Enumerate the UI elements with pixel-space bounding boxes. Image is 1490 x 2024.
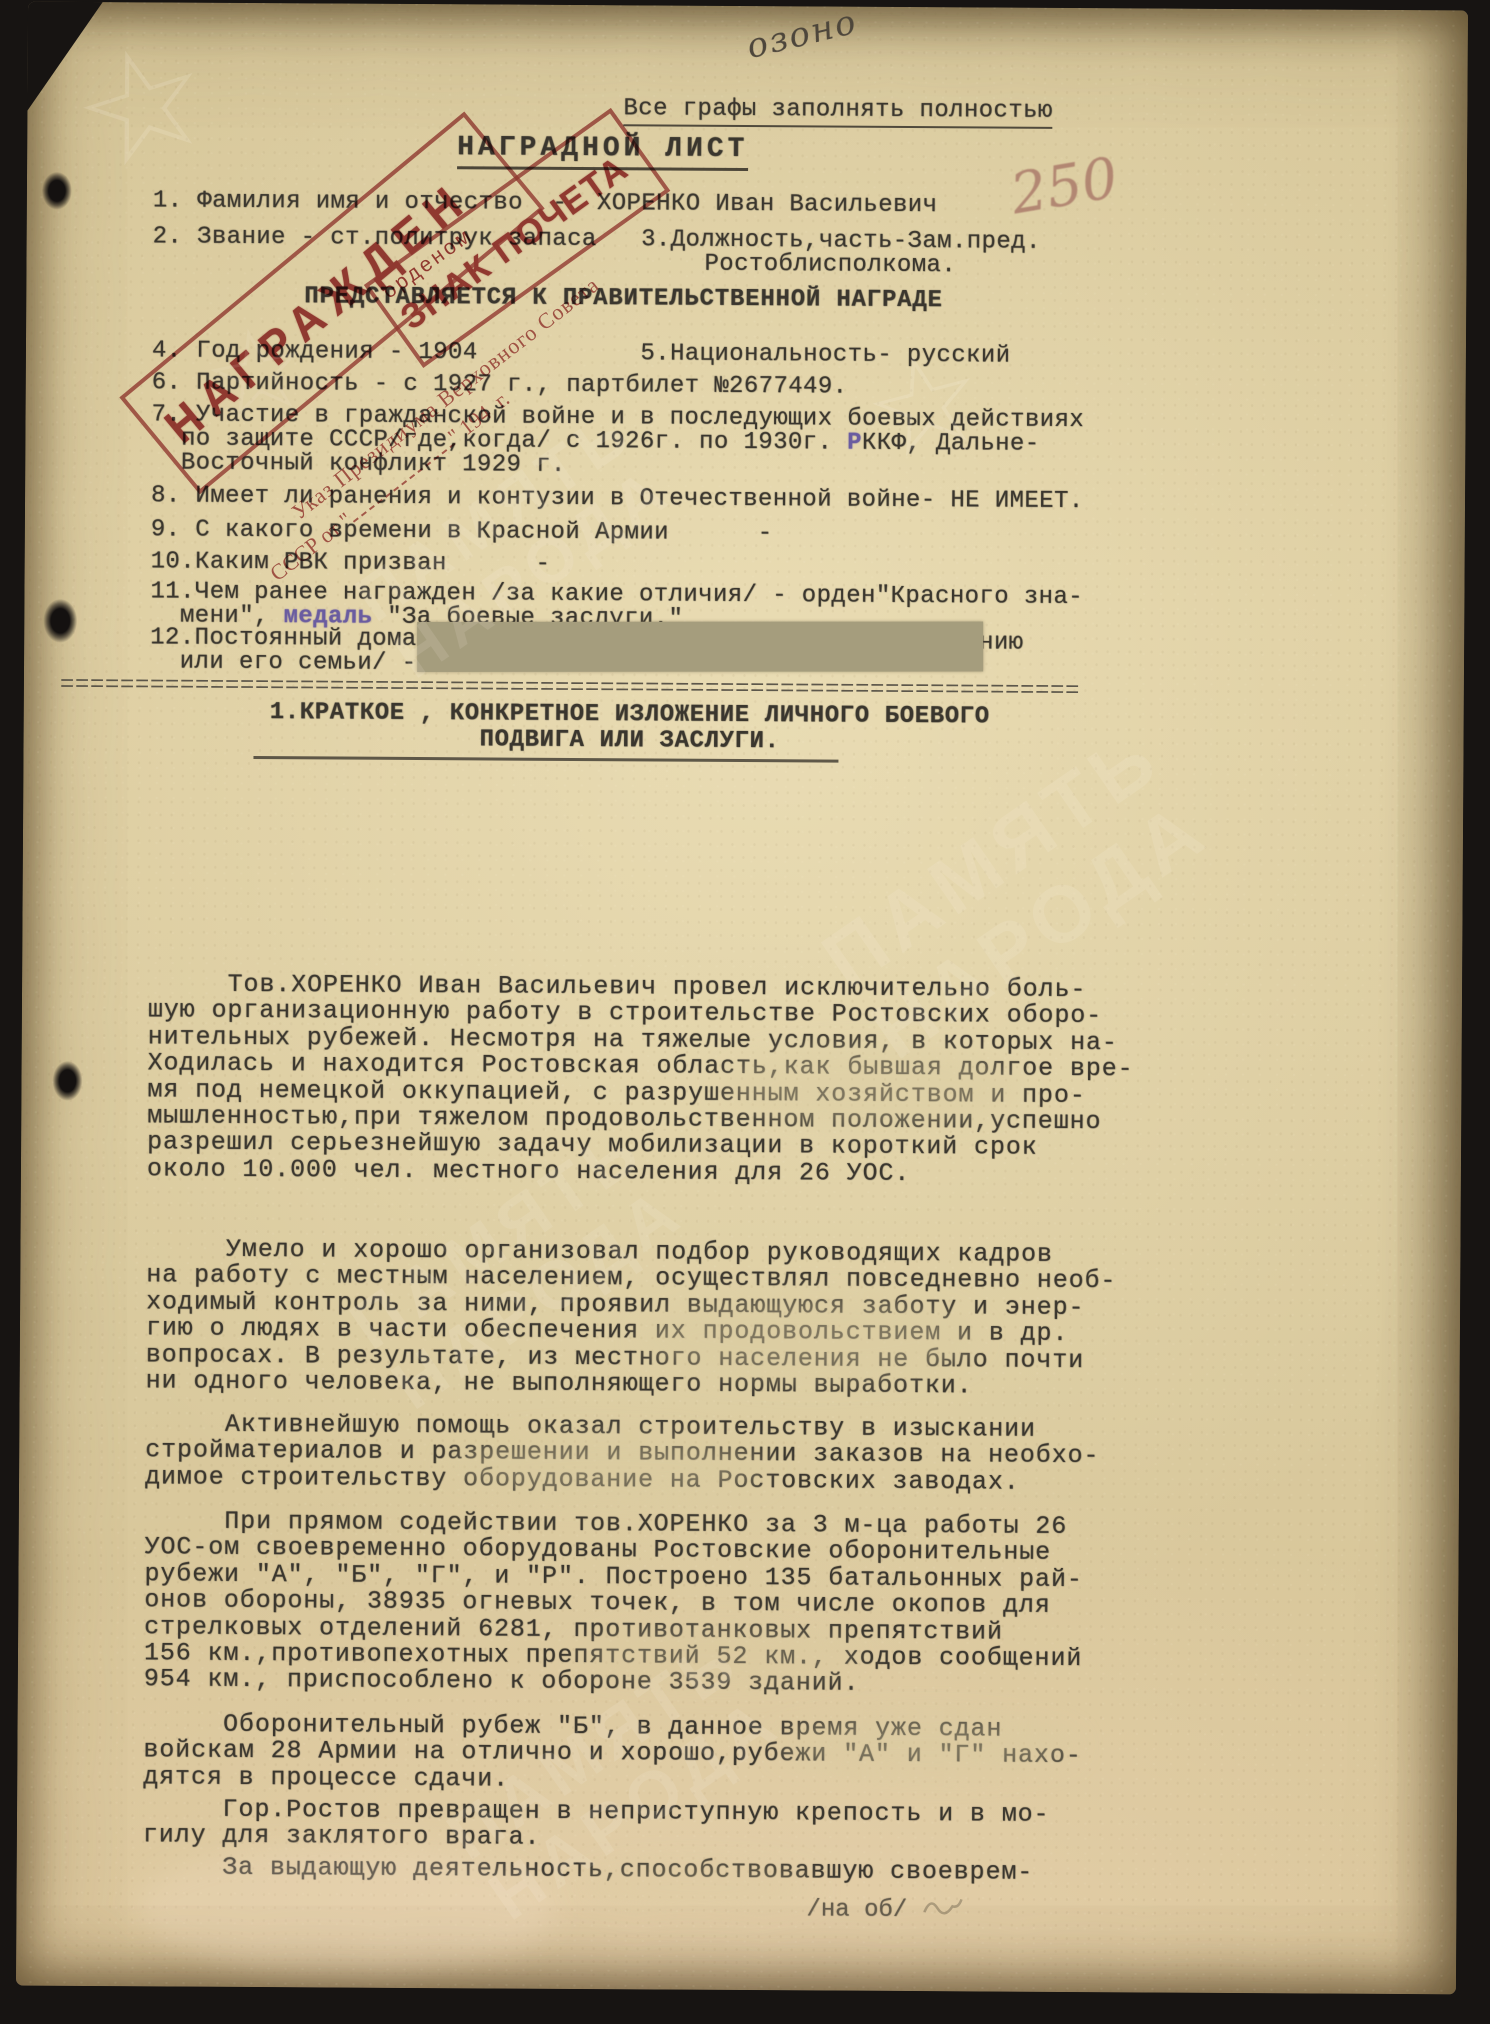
ink-correction-r: Р: [847, 430, 862, 457]
story-heading-underline: [253, 756, 838, 763]
punch-hole: [43, 599, 77, 643]
ink-scribble: [921, 1893, 965, 1921]
form-line-7b-tail: ККФ, Дальне-: [862, 430, 1040, 458]
document-page: озоно 250 Все графы заполнять полностью …: [16, 2, 1468, 1995]
fill-all-fields-note: Все графы заполнять полностью: [623, 95, 1052, 129]
story-line: димое строительству оборудование на Рост…: [145, 1464, 1099, 1496]
story-paragraph-3: Активнейшую помощь оказал строительству …: [145, 1411, 1100, 1496]
story-paragraph-4: При прямом содействии тов.ХОРЕНКО за 3 м…: [144, 1508, 1083, 1698]
story-paragraph-6: Гор.Ростов превращен в неприступную креп…: [143, 1796, 1050, 1854]
story-line: За выдающую деятельность,способствовавшу…: [143, 1854, 1034, 1886]
story-paragraph-1: Тов.ХОРЕНКО Иван Васильевич провел исклю…: [147, 971, 1134, 1188]
story-paragraph-7: За выдающую деятельность,способствовавшу…: [143, 1854, 1034, 1886]
continued-on-reverse-note: /на об/: [806, 1896, 907, 1924]
form-line-10: 10.Каким РВК призван -: [151, 549, 551, 577]
punch-hole: [52, 1061, 82, 1101]
handwritten-note: озоно: [743, 2, 862, 67]
story-line: ни одного человека, не выполняющего норм…: [146, 1368, 1116, 1400]
story-paragraph-5: Оборонительный рубеж "Б", в данное время…: [143, 1711, 1082, 1796]
story-heading-line2: ПОДВИГА ИЛИ ЗАСЛУГИ.: [149, 724, 1109, 757]
story-paragraph-2: Умело и хорошо организовал подбор руково…: [146, 1236, 1117, 1400]
redaction-block: [417, 621, 983, 671]
punch-hole: [42, 172, 72, 210]
handwritten-page-number: 250: [1006, 145, 1122, 227]
scan-background: { "colors": { "stamp_red": "#9c3136", "i…: [0, 0, 1490, 2024]
torn-corner: [25, 2, 104, 114]
